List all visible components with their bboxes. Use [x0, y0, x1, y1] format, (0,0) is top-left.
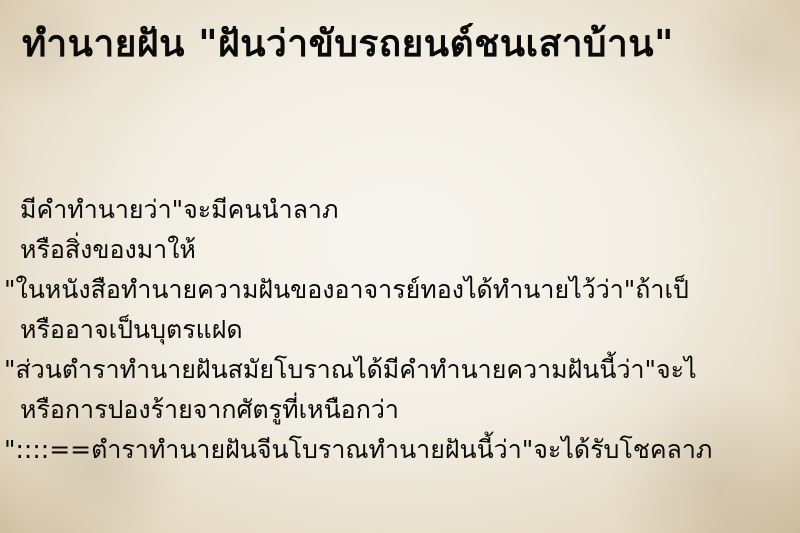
text-line-6: หรือการปองร้ายจากศัตรูที่เหนือกว่า: [0, 390, 800, 430]
text-line-4: หรืออาจเป็นบุตรแฝด: [0, 310, 800, 350]
text-line-3: "ในหนังสือทำนายความฝันของอาจารย์ทองได้ทำ…: [0, 270, 800, 310]
text-line-7: "::::==ตำราทำนายฝันจีนโบราณทำนายฝันนี้ว่…: [0, 430, 800, 470]
text-line-2: หรือสิ่งของมาให้: [0, 230, 800, 270]
text-line-5: "ส่วนตำราทำนายฝันสมัยโบราณได้มีคำทำนายคว…: [0, 350, 800, 390]
text-line-1: มีคำทำนายว่า"จะมีคนนำลาภ: [0, 190, 800, 230]
prediction-text-block: มีคำทำนายว่า"จะมีคนนำลาภ หรือสิ่งของมาให…: [0, 190, 800, 470]
page-title: ทำนายฝัน "ฝันว่าขับรถยนต์ชนเสาบ้าน": [22, 22, 674, 66]
